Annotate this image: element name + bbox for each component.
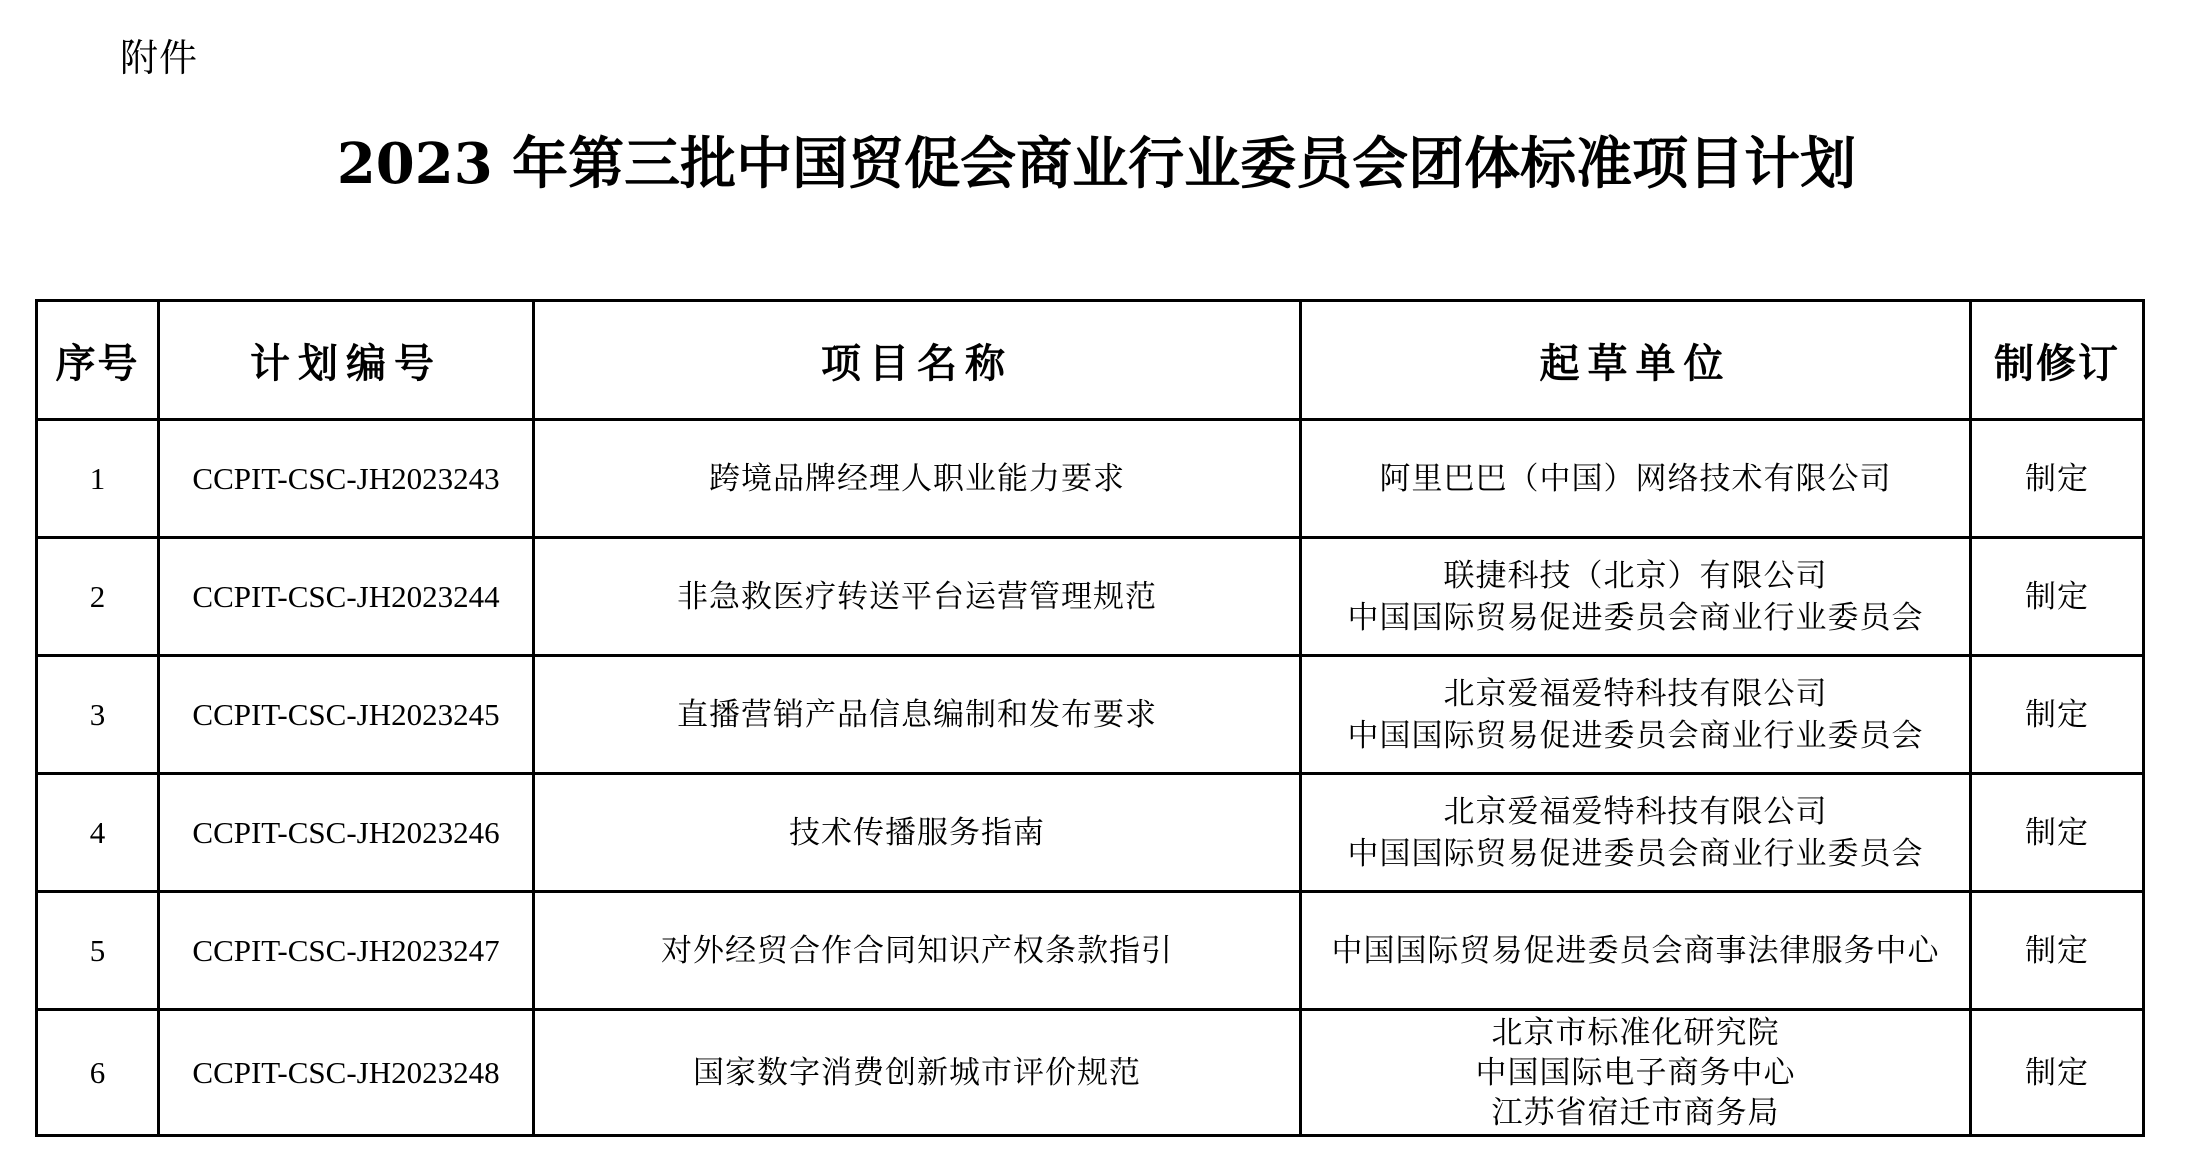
row-project-name: 非急救医疗转送平台运营管理规范: [534, 538, 1301, 656]
header-revision-type: 制修订: [1971, 301, 2144, 420]
drafting-unit-line: 联捷科技（北京）有限公司: [1302, 555, 1969, 597]
row-plan-code: CCPIT-CSC-JH2023243: [159, 420, 534, 538]
row-project-name: 直播营销产品信息编制和发布要求: [534, 656, 1301, 774]
drafting-unit-line: 中国国际贸易促进委员会商业行业委员会: [1302, 715, 1969, 757]
row-project-name: 跨境品牌经理人职业能力要求: [534, 420, 1301, 538]
drafting-unit-line: 北京爱福爱特科技有限公司: [1302, 791, 1969, 833]
drafting-unit-line: 中国国际电子商务中心: [1302, 1053, 1969, 1093]
drafting-unit-line: 北京市标准化研究院: [1302, 1013, 1969, 1053]
drafting-unit-line: 阿里巴巴（中国）网络技术有限公司: [1302, 458, 1969, 500]
table-row: 1 CCPIT-CSC-JH2023243 跨境品牌经理人职业能力要求 阿里巴巴…: [37, 420, 2144, 538]
row-revision-type: 制定: [1971, 774, 2144, 892]
table-row: 5 CCPIT-CSC-JH2023247 对外经贸合作合同知识产权条款指引 中…: [37, 892, 2144, 1010]
drafting-unit-line: 北京爱福爱特科技有限公司: [1302, 673, 1969, 715]
drafting-unit-line: 江苏省宿迁市商务局: [1302, 1093, 1969, 1133]
row-revision-type: 制定: [1971, 1010, 2144, 1136]
drafting-unit-line: 中国国际贸易促进委员会商事法律服务中心: [1302, 930, 1969, 972]
header-plan-code: 计划编号: [159, 301, 534, 420]
row-project-name: 对外经贸合作合同知识产权条款指引: [534, 892, 1301, 1010]
row-drafting-unit: 阿里巴巴（中国）网络技术有限公司: [1301, 420, 1971, 538]
row-plan-code: CCPIT-CSC-JH2023244: [159, 538, 534, 656]
row-plan-code: CCPIT-CSC-JH2023247: [159, 892, 534, 1010]
row-revision-type: 制定: [1971, 892, 2144, 1010]
drafting-unit-line: 中国国际贸易促进委员会商业行业委员会: [1302, 597, 1969, 639]
header-drafting-unit: 起草单位: [1301, 301, 1971, 420]
row-plan-code: CCPIT-CSC-JH2023248: [159, 1010, 534, 1136]
row-seq: 2: [37, 538, 159, 656]
row-seq: 6: [37, 1010, 159, 1136]
row-seq: 1: [37, 420, 159, 538]
row-seq: 4: [37, 774, 159, 892]
attachment-label: 附件: [120, 34, 198, 82]
row-revision-type: 制定: [1971, 538, 2144, 656]
row-seq: 5: [37, 892, 159, 1010]
row-revision-type: 制定: [1971, 420, 2144, 538]
drafting-unit-line: 中国国际贸易促进委员会商业行业委员会: [1302, 833, 1969, 875]
row-drafting-unit: 联捷科技（北京）有限公司 中国国际贸易促进委员会商业行业委员会: [1301, 538, 1971, 656]
row-plan-code: CCPIT-CSC-JH2023246: [159, 774, 534, 892]
table-header-row: 序号 计划编号 项目名称 起草单位 制修订: [37, 301, 2144, 420]
row-drafting-unit: 北京爱福爱特科技有限公司 中国国际贸易促进委员会商业行业委员会: [1301, 656, 1971, 774]
row-plan-code: CCPIT-CSC-JH2023245: [159, 656, 534, 774]
row-seq: 3: [37, 656, 159, 774]
row-drafting-unit: 北京市标准化研究院 中国国际电子商务中心 江苏省宿迁市商务局: [1301, 1010, 1971, 1136]
row-drafting-unit: 北京爱福爱特科技有限公司 中国国际贸易促进委员会商业行业委员会: [1301, 774, 1971, 892]
row-project-name: 技术传播服务指南: [534, 774, 1301, 892]
table-row: 6 CCPIT-CSC-JH2023248 国家数字消费创新城市评价规范 北京市…: [37, 1010, 2144, 1136]
header-project-name: 项目名称: [534, 301, 1301, 420]
row-revision-type: 制定: [1971, 656, 2144, 774]
document-title: 2023 年第三批中国贸促会商业行业委员会团体标准项目计划: [0, 128, 2193, 200]
row-drafting-unit: 中国国际贸易促进委员会商事法律服务中心: [1301, 892, 1971, 1010]
row-project-name: 国家数字消费创新城市评价规范: [534, 1010, 1301, 1136]
standards-plan-table: 序号 计划编号 项目名称 起草单位 制修订 1 CCPIT-CSC-JH2023…: [35, 299, 2145, 1137]
table-row: 3 CCPIT-CSC-JH2023245 直播营销产品信息编制和发布要求 北京…: [37, 656, 2144, 774]
table-row: 4 CCPIT-CSC-JH2023246 技术传播服务指南 北京爱福爱特科技有…: [37, 774, 2144, 892]
table-row: 2 CCPIT-CSC-JH2023244 非急救医疗转送平台运营管理规范 联捷…: [37, 538, 2144, 656]
header-seq: 序号: [37, 301, 159, 420]
